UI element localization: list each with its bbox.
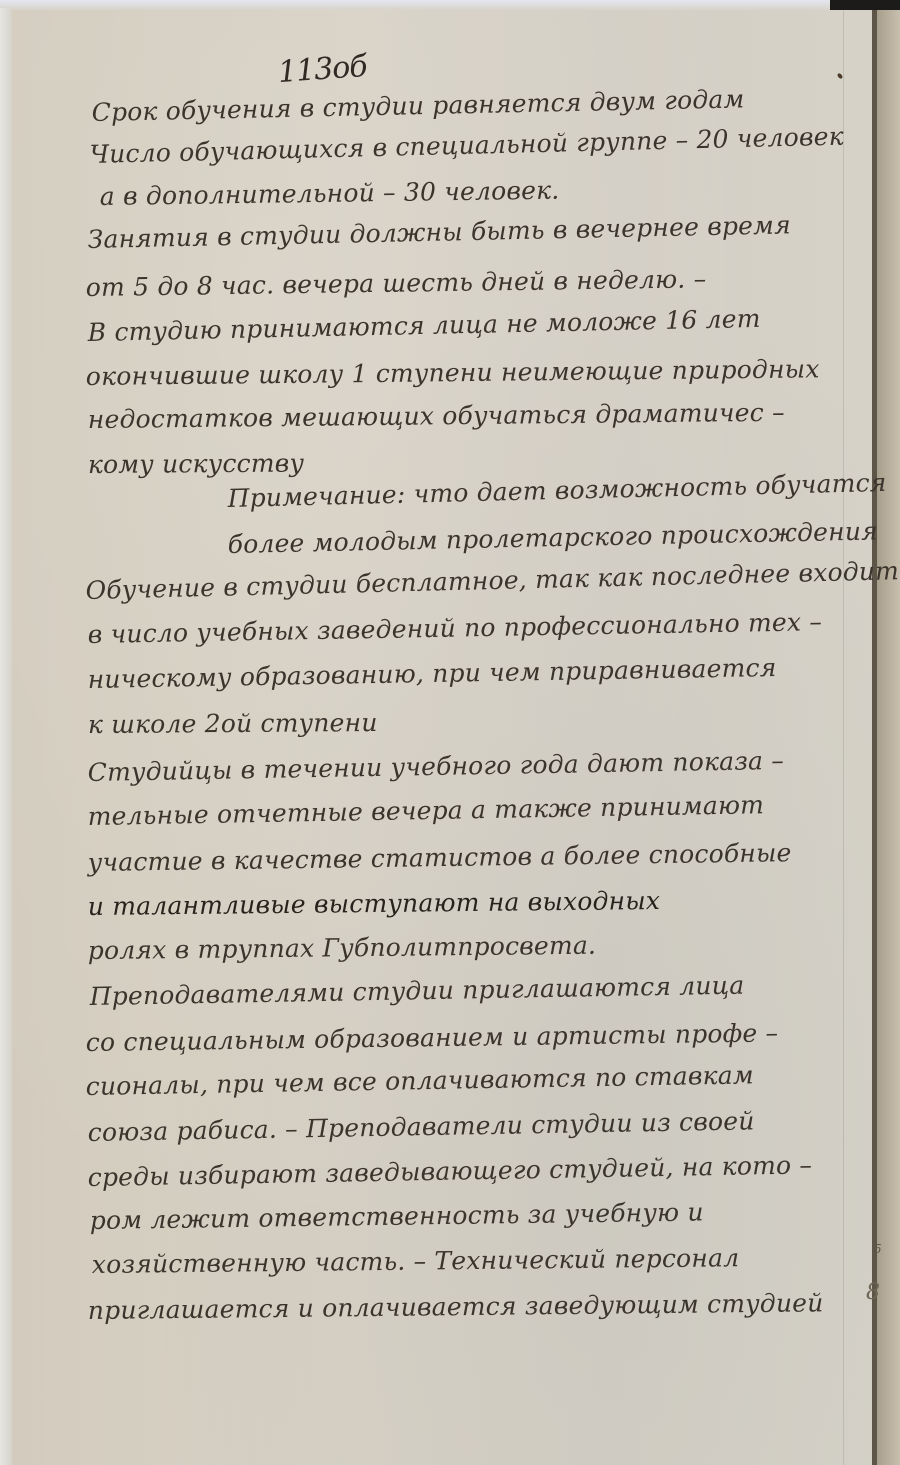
handwritten-line: ролях в труппах Губполитпросвета.	[88, 931, 597, 965]
scan-top-edge	[0, 0, 900, 10]
paper-fold-line	[843, 10, 844, 1465]
handwritten-line: и талантливые выступают на выходных	[88, 886, 661, 921]
folio-number: 113об	[277, 49, 368, 90]
scan-top-dark-corner	[830, 0, 900, 10]
margin-mark-small: 5	[874, 1242, 882, 1256]
handwritten-line: к школе 2ой ступени	[88, 708, 378, 739]
scan-left-margin	[0, 8, 12, 1465]
handwritten-line: кому искусству	[88, 448, 304, 479]
margin-mark-large: 8	[866, 1280, 880, 1305]
archive-page-scan: 113об Срок обучения в студии равняется д…	[0, 0, 900, 1465]
